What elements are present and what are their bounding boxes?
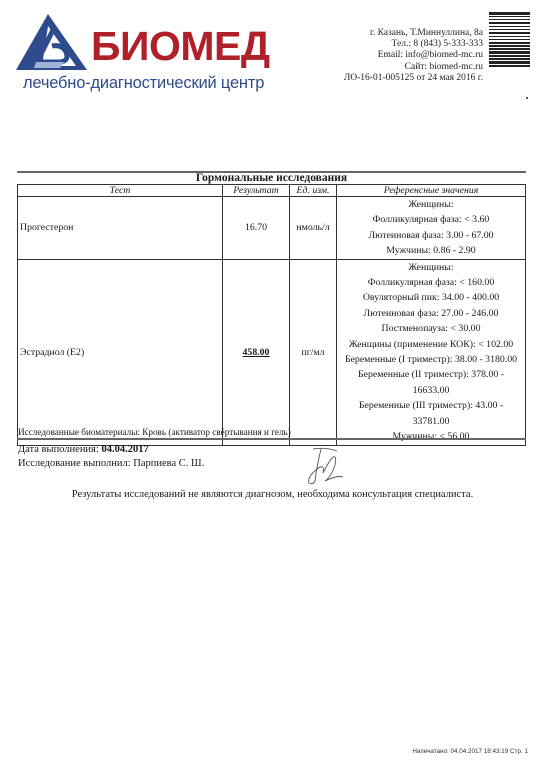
reference-line: Лютеиновая фаза: 27.00 - 246.00 xyxy=(339,306,523,321)
reference-line: Мужчины: < 56.00 xyxy=(339,429,523,444)
reference-line: Беременные (II триместр): 378.00 - xyxy=(339,367,523,382)
table-header: Тест Результат Ед. изм. Референсные знач… xyxy=(18,185,526,197)
reference-line: 33781.00 xyxy=(339,414,523,429)
barcode-icon xyxy=(489,12,530,72)
reference-line: Овуляторный пик: 34.00 - 400.00 xyxy=(339,290,523,305)
marker-dot xyxy=(526,97,528,99)
performer: Исследование выполнил: Парпиева С. Ш. xyxy=(18,458,204,469)
reference-line: Женщины (применение КОК): < 102.00 xyxy=(339,337,523,352)
column-header-reference: Референсные значения xyxy=(337,185,526,197)
reference-line: Постменопауза: < 30.00 xyxy=(339,321,523,336)
results-table: Тест Результат Ед. изм. Референсные знач… xyxy=(17,184,526,446)
divider xyxy=(17,438,526,440)
biomed-logo-icon xyxy=(14,12,90,74)
test-unit: пг/мл xyxy=(290,259,337,445)
table-row: Прогестерон16.70нмоль/лЖенщины:Фолликуля… xyxy=(18,197,526,260)
email: Email: info@biomed-mc.ru xyxy=(344,50,483,61)
website: Сайт: biomed-mc.ru xyxy=(344,62,483,73)
reference-line: Лютеиновая фаза: 3.00 - 67.00 xyxy=(339,228,523,243)
reference-line: 16633.00 xyxy=(339,383,523,398)
clinic-contacts: г. Казань, Т.Миннуллина, 8а Тел.: 8 (843… xyxy=(344,28,483,84)
disclaimer: Результаты исследований не являются диаг… xyxy=(0,489,545,500)
reference-line: Фолликулярная фаза: < 160.00 xyxy=(339,275,523,290)
test-result: 16.70 xyxy=(223,197,290,260)
reference-line: Женщины: xyxy=(339,197,523,212)
execution-date: Дата выполнения: 04.04.2017 xyxy=(18,444,149,455)
reference-line: Женщины: xyxy=(339,260,523,275)
license: ЛО-16-01-005125 от 24 мая 2016 г. xyxy=(344,73,483,84)
result-value: 458.00 xyxy=(243,347,270,358)
column-header-test: Тест xyxy=(18,185,223,197)
signature-icon xyxy=(303,445,347,487)
execution-date-value: 04.04.2017 xyxy=(101,444,148,455)
phone: Тел.: 8 (843) 5-333-333 xyxy=(344,39,483,50)
reference-line: Фолликулярная фаза: < 3.60 xyxy=(339,212,523,227)
biomaterial-note: Исследованные биоматериалы: Кровь (актив… xyxy=(18,427,291,437)
execution-date-label: Дата выполнения: xyxy=(18,444,101,455)
clinic-logo: БИОМЕД лечебно-диагностический центр xyxy=(14,10,284,90)
reference-values: Женщины:Фолликулярная фаза: < 160.00Овул… xyxy=(337,259,526,445)
table-row: Эстрадиол (E2)458.00пг/млЖенщины:Фоллику… xyxy=(18,259,526,445)
result-value: 16.70 xyxy=(245,222,267,233)
reference-line: Беременные (I триместр): 38.00 - 3180.00 xyxy=(339,352,523,367)
test-result: 458.00 xyxy=(223,259,290,445)
address: г. Казань, Т.Миннуллина, 8а xyxy=(344,28,483,39)
reference-values: Женщины:Фолликулярная фаза: < 3.60Лютеин… xyxy=(337,197,526,260)
test-unit: нмоль/л xyxy=(290,197,337,260)
column-header-result: Результат xyxy=(223,185,290,197)
print-footer: Напечатано: 04.04.2017 18:43:19 Стр. 1 xyxy=(412,748,528,755)
reference-line: Беременные (III триместр): 43.00 - xyxy=(339,398,523,413)
test-name: Прогестерон xyxy=(18,197,223,260)
column-header-unit: Ед. изм. xyxy=(290,185,337,197)
brand-name: БИОМЕД xyxy=(91,26,270,67)
test-name: Эстрадиол (E2) xyxy=(18,259,223,445)
brand-tagline: лечебно-диагностический центр xyxy=(23,74,264,93)
reference-line: Мужчины: 0.86 - 2.90 xyxy=(339,243,523,258)
